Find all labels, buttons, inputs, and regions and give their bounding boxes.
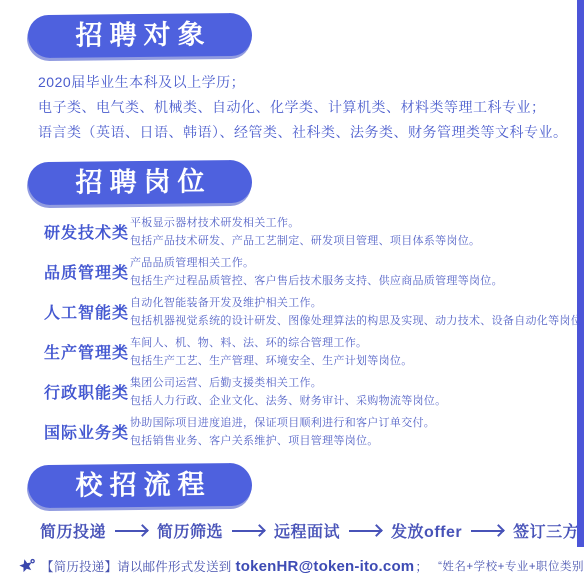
- position-desc-line: 车间人、机、物、料、法、环的综合管理工作。: [130, 334, 413, 352]
- position-label: 行政职能类: [44, 380, 130, 403]
- position-label: 国际业务类: [44, 420, 130, 443]
- flow-step-offer: 发放offer: [391, 519, 462, 542]
- position-row-ai: 人工智能类 自动化智能装备开发及维护相关工作。 包括机器视觉系统的设计研发、图像…: [44, 293, 584, 330]
- position-label: 研发技术类: [44, 220, 130, 243]
- flow-arrow-icon: [349, 530, 382, 532]
- section-title-positions: 招聘岗位: [68, 168, 211, 196]
- section-badge-process: 校招流程: [28, 463, 252, 508]
- targets-line-science-majors: 电子类、电气类、机械类、自动化、化学类、计算机类、材料类等理工科专业；: [38, 95, 570, 120]
- process-flow: 简历投递 简历筛选 远程面试 发放offer 签订三方: [40, 519, 584, 542]
- section-title-targets: 招聘对象: [68, 21, 211, 49]
- position-row-quality: 品质管理类 产品品质管理相关工作。 包括生产过程品质管控、客户售后技术服务支持、…: [44, 253, 584, 290]
- position-row-rd: 研发技术类 平板显示器材技术研发相关工作。 包括产品技术研发、产品工艺制定、研发…: [44, 213, 584, 250]
- position-desc-line: 包括生产过程品质管控、客户售后技术服务支持、供应商品质管理等岗位。: [130, 272, 503, 290]
- targets-line-education: 2020届毕业生本科及以上学历；: [38, 70, 570, 95]
- flow-step-interview: 远程面试: [274, 519, 340, 542]
- footer-email-format: “姓名+学校+专业+职位类别”: [438, 558, 584, 574]
- position-desc-line: 平板显示器材技术研发相关工作。: [130, 214, 480, 232]
- position-row-production: 生产管理类 车间人、机、物、料、法、环的综合管理工作。 包括生产工艺、生产管理、…: [44, 333, 584, 370]
- position-desc-line: 集团公司运营、后勤支援类相关工作。: [130, 374, 446, 392]
- position-rows: 研发技术类 平板显示器材技术研发相关工作。 包括产品技术研发、产品工艺制定、研发…: [44, 213, 584, 450]
- position-label: 品质管理类: [44, 260, 130, 283]
- targets-intro: 2020届毕业生本科及以上学历； 电子类、电气类、机械类、自动化、化学类、计算机…: [38, 70, 570, 145]
- footer-note: 【简历投递】请以邮件形式发送到 tokenHR@token-ito.com ； …: [18, 557, 574, 575]
- position-row-international: 国际业务类 协助国际项目进度追进，保证项目顺利进行和客户订单交付。 包括销售业务…: [44, 413, 584, 450]
- recruitment-poster: 招聘对象 2020届毕业生本科及以上学历； 电子类、电气类、机械类、自动化、化学…: [0, 0, 584, 576]
- flow-step-submit: 简历投递: [40, 519, 106, 542]
- position-label: 人工智能类: [44, 300, 130, 323]
- flow-step-screening: 简历筛选: [157, 519, 223, 542]
- section-badge-positions: 招聘岗位: [28, 160, 252, 205]
- position-desc-line: 包括人力行政、企业文化、法务、财务审计、采购物流等岗位。: [130, 392, 446, 410]
- footer-instruction: 【简历投递】请以邮件形式发送到: [41, 557, 232, 575]
- flow-arrow-icon: [232, 530, 265, 532]
- section-title-process: 校招流程: [68, 471, 211, 499]
- right-accent-bar: [577, 0, 584, 547]
- position-desc-line: 包括生产工艺、生产管理、环境安全、生产计划等岗位。: [130, 352, 413, 370]
- footer-email: tokenHR@token-ito.com: [236, 558, 415, 575]
- position-row-admin: 行政职能类 集团公司运营、后勤支援类相关工作。 包括人力行政、企业文化、法务、财…: [44, 373, 584, 410]
- position-desc-line: 包括销售业务、客户关系维护、项目管理等岗位。: [130, 432, 435, 450]
- flow-arrow-icon: [115, 530, 148, 532]
- footer-separator: ；: [415, 557, 428, 575]
- flow-step-agreement: 签订三方: [513, 519, 579, 542]
- position-desc-line: 包括机器视觉系统的设计研发、图像处理算法的构思及实现、动力技术、设备自动化等岗位…: [130, 312, 584, 330]
- position-desc-line: 包括产品技术研发、产品工艺制定、研发项目管理、项目体系等岗位。: [130, 232, 480, 250]
- position-desc-line: 协助国际项目进度追进，保证项目顺利进行和客户订单交付。: [130, 414, 435, 432]
- star-icon: [18, 557, 36, 575]
- flow-arrow-icon: [471, 530, 504, 532]
- position-label: 生产管理类: [44, 340, 130, 363]
- targets-line-liberal-majors: 语言类（英语、日语、韩语）、经管类、社科类、法务类、财务管理类等文科专业。: [38, 120, 570, 145]
- section-badge-targets: 招聘对象: [28, 13, 252, 58]
- position-desc-line: 自动化智能装备开发及维护相关工作。: [130, 294, 584, 312]
- position-desc-line: 产品品质管理相关工作。: [130, 254, 503, 272]
